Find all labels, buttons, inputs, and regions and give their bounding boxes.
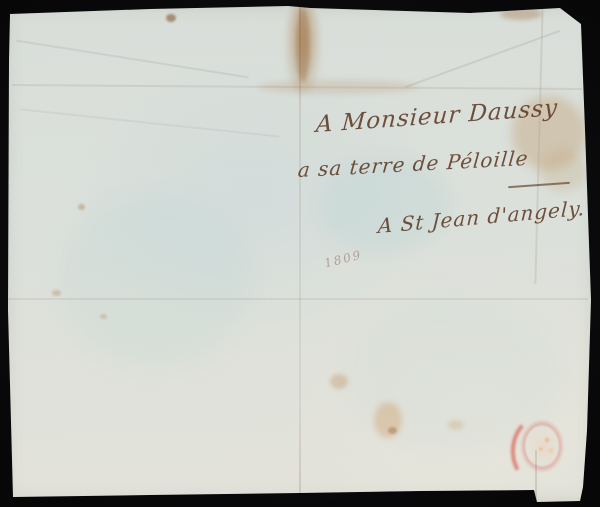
vertical-fold-line-right [534, 6, 543, 284]
stain [258, 80, 418, 94]
stain [540, 150, 586, 192]
vertical-fold-line [299, 6, 301, 494]
stain [374, 402, 402, 438]
crease-line [16, 40, 248, 79]
address-line-estate: a sa terre de Péloille [297, 146, 530, 182]
crease-line [21, 108, 280, 137]
stain [330, 374, 348, 389]
address-line-town: A St Jean d'angely. [377, 196, 586, 238]
address-line-recipient: A Monsieur Daussy [315, 95, 559, 138]
foxing-spot [52, 290, 61, 296]
foxing-spot [78, 204, 85, 210]
stain [448, 420, 464, 430]
stain [286, 4, 320, 94]
crease-line [405, 30, 561, 88]
foxing-spot [388, 427, 397, 434]
letter-paper: A Monsieur Daussy a sa terre de Péloille… [0, 0, 600, 507]
paper-blue-tint [60, 195, 250, 365]
year-annotation: 1809 [323, 248, 364, 271]
stain [500, 8, 542, 20]
horizontal-fold-line-middle [8, 298, 588, 300]
pen-flourish [508, 182, 570, 188]
stain [296, 8, 310, 82]
wax-seal [510, 408, 574, 484]
photo-backdrop: A Monsieur Daussy a sa terre de Péloille… [0, 0, 600, 507]
horizontal-fold-line-top [12, 84, 582, 90]
foxing-spot [166, 14, 176, 22]
foxing-spot [100, 314, 107, 319]
